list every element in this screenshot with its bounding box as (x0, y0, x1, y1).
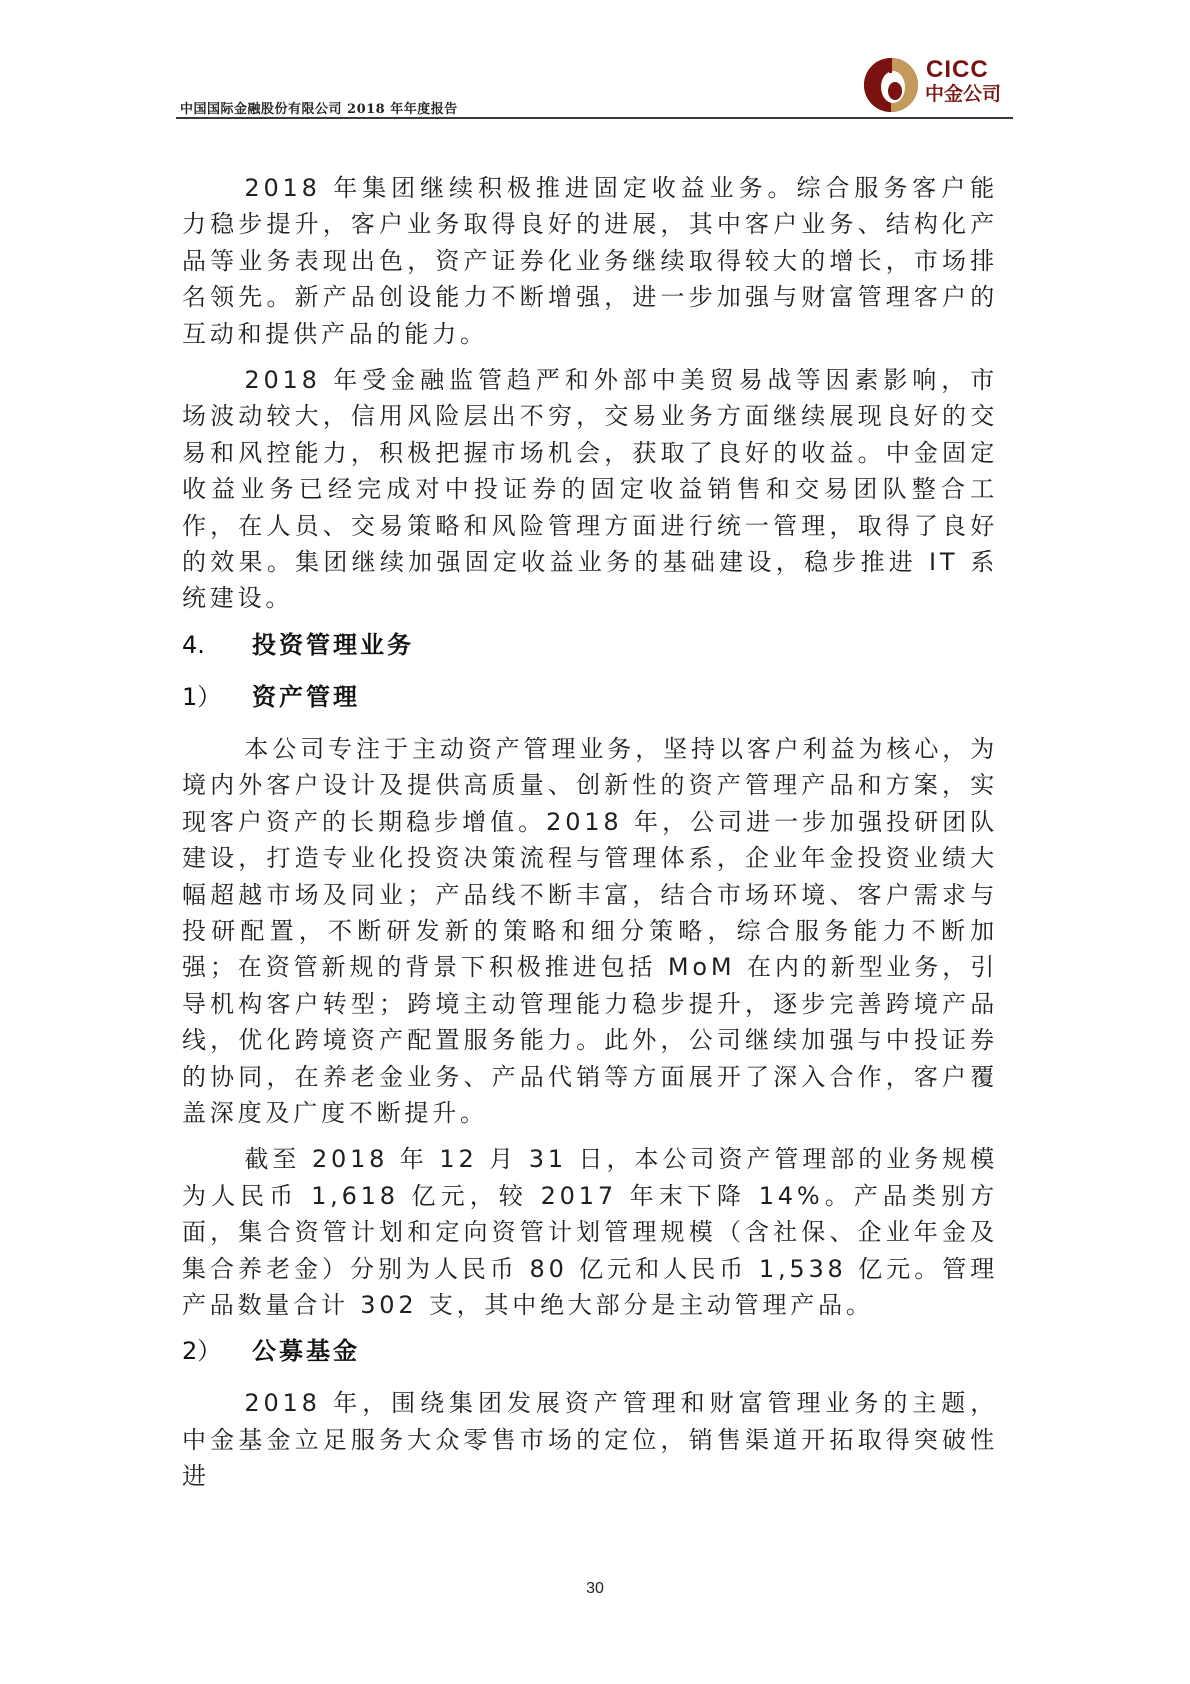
subsection-number: 2） (182, 1333, 252, 1369)
document-page: 中国国际金融股份有限公司 2018 年年度报告 CICC 中金公司 2018 年… (0, 0, 1190, 1684)
subsection-title: 公募基金 (252, 1333, 360, 1369)
paragraph-fixed-income-1: 2018 年集团继续积极推进固定收益业务。综合服务客户能力稳步提升，客户业务取得… (182, 170, 998, 352)
body-content: 2018 年集团继续积极推进固定收益业务。综合服务客户能力稳步提升，客户业务取得… (182, 170, 998, 1505)
cicc-logo: CICC 中金公司 (862, 56, 1022, 114)
section-number: 4. (182, 627, 252, 663)
header-divider (176, 117, 1013, 119)
paragraph-asset-management-2: 截至 2018 年 12 月 31 日，本公司资产管理部的业务规模为人民币 1,… (182, 1141, 998, 1323)
page-number: 30 (0, 1580, 1190, 1598)
section-heading-investment-management: 4. 投资管理业务 (182, 627, 998, 663)
section-title: 投资管理业务 (252, 627, 414, 663)
paragraph-public-funds-1: 2018 年，围绕集团发展资产管理和财富管理业务的主题，中金基金立足服务大众零售… (182, 1385, 998, 1494)
logo-text-cn: 中金公司 (925, 83, 1001, 105)
subsection-heading-asset-management: 1） 资产管理 (182, 679, 998, 715)
logo-text-en: CICC (926, 58, 989, 82)
paragraph-asset-management-1: 本公司专注于主动资产管理业务，坚持以客户利益为核心，为境内外客户设计及提供高质量… (182, 731, 998, 1131)
cicc-logo-icon (862, 56, 920, 114)
report-header-title: 中国国际金融股份有限公司 2018 年年度报告 (180, 98, 458, 117)
subsection-heading-public-funds: 2） 公募基金 (182, 1333, 998, 1369)
subsection-title: 资产管理 (252, 679, 360, 715)
subsection-number: 1） (182, 679, 252, 715)
paragraph-fixed-income-2: 2018 年受金融监管趋严和外部中美贸易战等因素影响，市场波动较大，信用风险层出… (182, 362, 998, 617)
